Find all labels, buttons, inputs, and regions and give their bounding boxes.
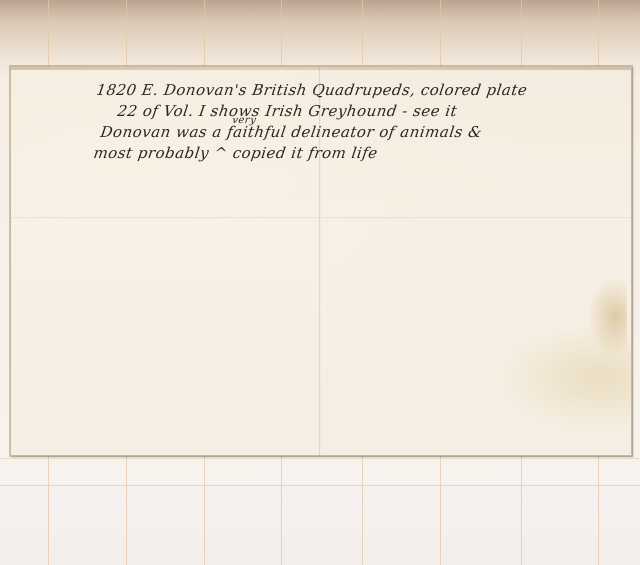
handwritten-note: 1820 E. Donovan's British Quadrupeds, co…	[86, 80, 628, 164]
caret-mark: ^	[213, 144, 229, 162]
fold-crease-horizontal	[11, 217, 631, 219]
note-line-3-before: Donovan was a	[99, 123, 223, 141]
grid-line	[0, 485, 640, 486]
paper-stain	[587, 277, 627, 357]
note-line-4-before: most probably	[92, 144, 210, 162]
note-line-2: 22 of Vol. I shows Irish Greyhound - see…	[116, 101, 625, 122]
note-line-3: Donovan was a very faithful delineator o…	[99, 122, 622, 143]
note-line-1: 1820 E. Donovan's British Quadrupeds, co…	[95, 80, 628, 101]
note-line-4-after: copied it from life	[232, 144, 379, 162]
inserted-word-very: very	[231, 116, 256, 126]
note-line-3-after: faithful delineator of animals &	[226, 123, 483, 141]
sheet-edge	[11, 67, 631, 70]
grid-line	[0, 458, 640, 459]
note-line-4: most probably ^ copied it from life	[92, 143, 619, 164]
